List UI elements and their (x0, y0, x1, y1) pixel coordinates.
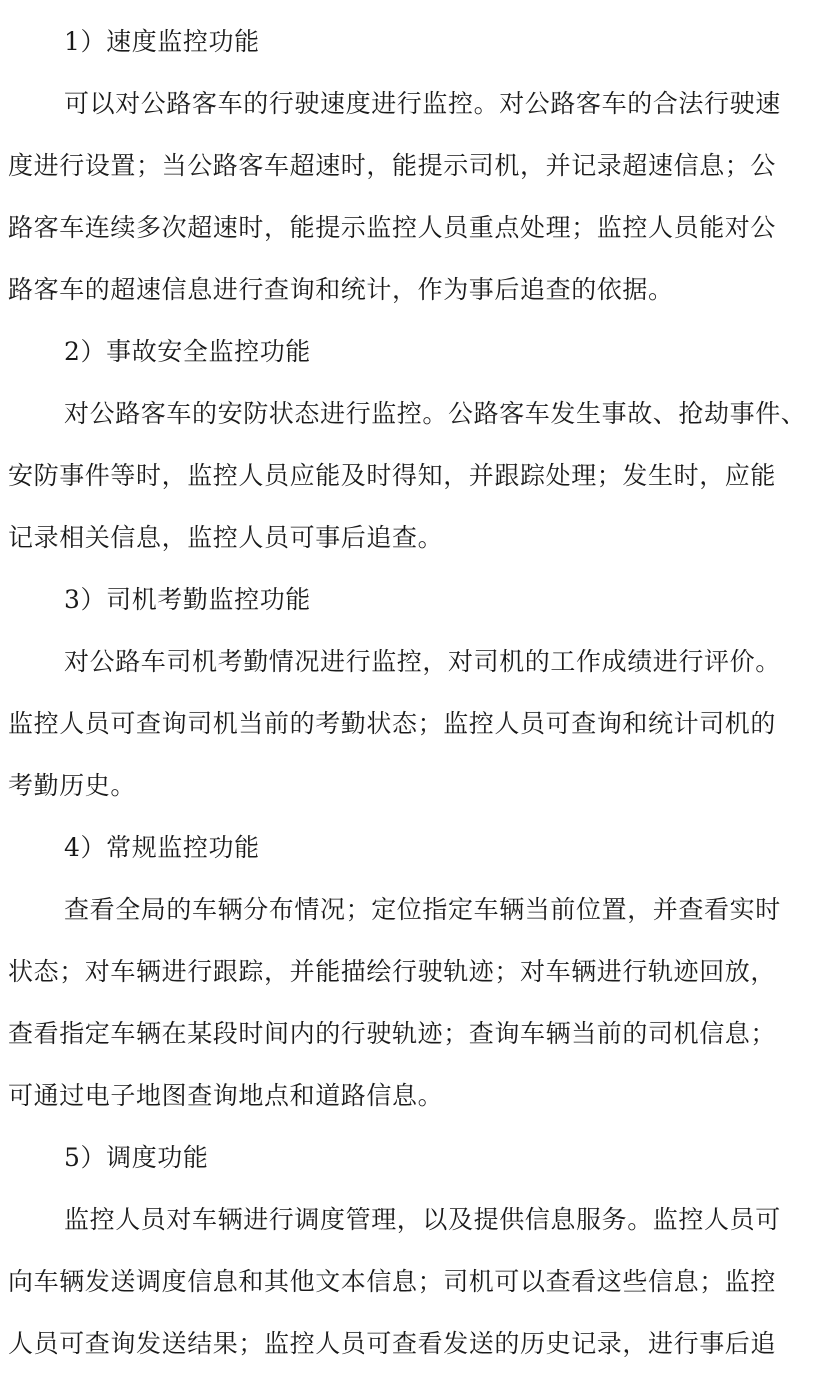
paragraph-line: 状态；对车辆进行跟踪，并能描绘行驶轨迹；对车辆进行轨迹回放， (8, 952, 837, 992)
section-heading-speed-monitoring: 1）速度监控功能 (64, 22, 837, 62)
paragraph-line: 对公路车司机考勤情况进行监控，对司机的工作成绩进行评价。 (64, 642, 837, 682)
paragraph-line: 人员可查询发送结果；监控人员可查看发送的历史记录，进行事后追 (8, 1324, 837, 1364)
paragraph-line: 对公路客车的安防状态进行监控。公路客车发生事故、抢劫事件、 (64, 394, 837, 434)
paragraph-line: 监控人员可查询司机当前的考勤状态；监控人员可查询和统计司机的 (8, 704, 837, 744)
section-heading-accident-safety-monitoring: 2）事故安全监控功能 (64, 332, 837, 372)
paragraph-line: 查看全局的车辆分布情况；定位指定车辆当前位置，并查看实时 (64, 890, 837, 930)
paragraph-line: 查看指定车辆在某段时间内的行驶轨迹；查询车辆当前的司机信息； (8, 1014, 837, 1054)
paragraph-line: 监控人员对车辆进行调度管理，以及提供信息服务。监控人员可 (64, 1200, 837, 1240)
paragraph-line: 路客车的超速信息进行查询和统计，作为事后追查的依据。 (8, 270, 837, 310)
section-heading-driver-attendance-monitoring: 3）司机考勤监控功能 (64, 580, 837, 620)
paragraph-line: 可以对公路客车的行驶速度进行监控。对公路客车的合法行驶速 (64, 84, 837, 124)
paragraph-line: 考勤历史。 (8, 766, 837, 806)
section-heading-dispatch: 5）调度功能 (64, 1138, 837, 1178)
section-heading-routine-monitoring: 4）常规监控功能 (64, 828, 837, 868)
paragraph-line: 度进行设置；当公路客车超速时，能提示司机，并记录超速信息；公 (8, 146, 837, 186)
document-page: 1）速度监控功能 可以对公路客车的行驶速度进行监控。对公路客车的合法行驶速 度进… (0, 0, 837, 1389)
paragraph-line: 向车辆发送调度信息和其他文本信息；司机可以查看这些信息；监控 (8, 1262, 837, 1302)
paragraph-line: 安防事件等时，监控人员应能及时得知，并跟踪处理；发生时，应能 (8, 456, 837, 496)
paragraph-line: 可通过电子地图查询地点和道路信息。 (8, 1076, 837, 1116)
paragraph-line: 路客车连续多次超速时，能提示监控人员重点处理；监控人员能对公 (8, 208, 837, 248)
paragraph-line: 记录相关信息，监控人员可事后追查。 (8, 518, 837, 558)
